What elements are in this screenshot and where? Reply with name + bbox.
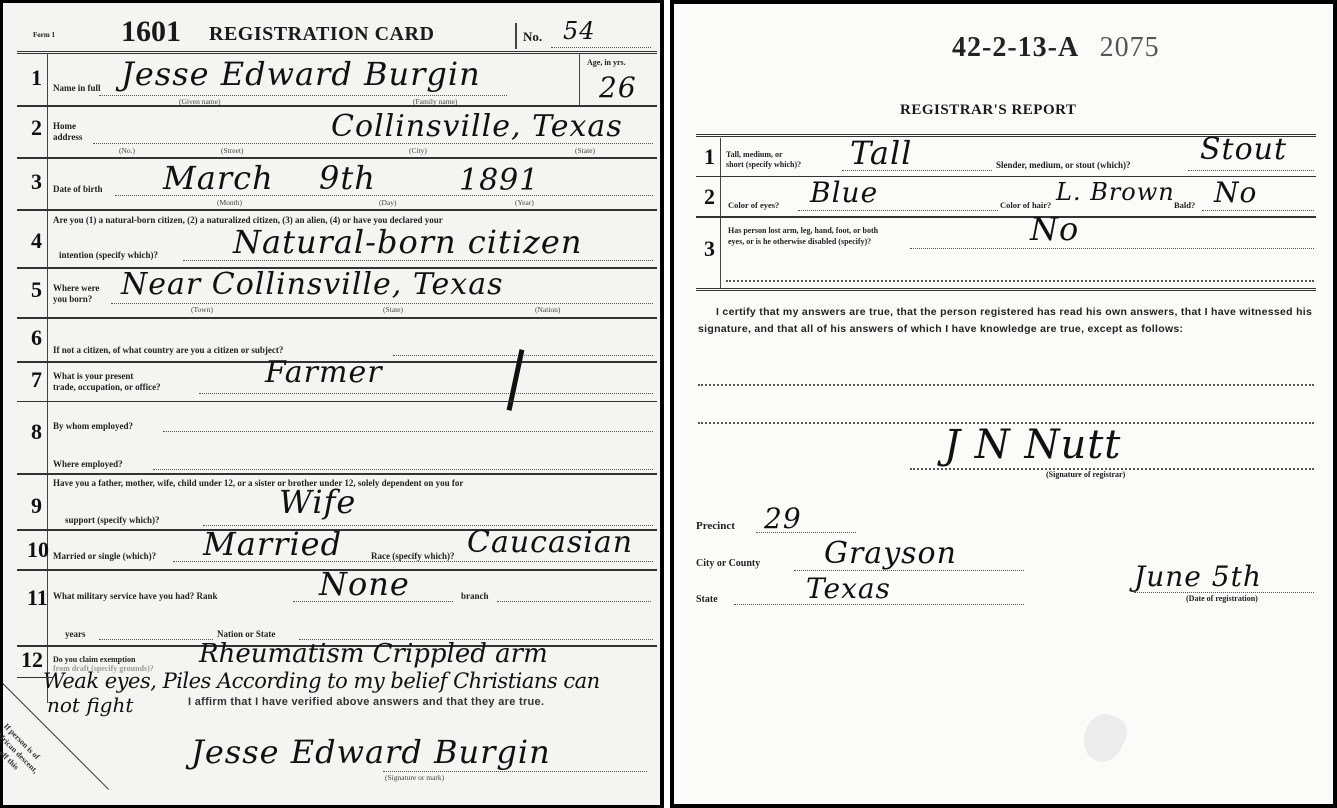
birth-month: March: [163, 159, 274, 197]
county: Grayson: [824, 536, 957, 571]
report-title: REGISTRAR'S REPORT: [900, 102, 1076, 119]
certification-text: I certify that my answers are true, that…: [698, 304, 1318, 338]
height: Tall: [850, 134, 912, 172]
birth-day: 9th: [319, 159, 376, 197]
county-label: City or County: [696, 558, 760, 569]
home-address: Collinsville, Texas: [331, 109, 623, 144]
occupation: Farmer: [265, 355, 383, 390]
header-divider: [515, 23, 517, 49]
card-title: REGISTRATION CARD: [209, 23, 434, 46]
marital-status: Married: [203, 525, 342, 563]
card-number: 54: [563, 17, 596, 45]
dependent: Wife: [279, 483, 356, 521]
age: 26: [599, 71, 637, 104]
bald: No: [1214, 176, 1257, 209]
exemption-claim-line3: not fight: [47, 693, 133, 717]
no-label: No.: [523, 29, 542, 45]
exemption-claim-line2: Weak eyes, Piles According to my belief …: [43, 669, 600, 693]
faint-stamp: [1076, 708, 1133, 768]
citizenship: Natural-born citizen: [233, 223, 582, 261]
birthplace: Near Collinsville, Texas: [121, 267, 503, 302]
precinct-label: Precinct: [696, 520, 735, 532]
registration-card: Form 1 1601 REGISTRATION CARD No. 54 1 N…: [0, 0, 664, 808]
registrar-signature: J N Nutt: [944, 422, 1121, 468]
exemption-claim-line1: Rheumatism Crippled arm: [199, 639, 548, 669]
full-name: Jesse Edward Burgin: [121, 55, 481, 93]
registration-date: June 5th: [1134, 560, 1262, 593]
form-number: 1601: [121, 15, 181, 49]
precinct: 29: [764, 502, 802, 535]
state: Texas: [806, 572, 891, 605]
eye-color: Blue: [810, 176, 878, 209]
hair-color: L. Brown: [1056, 178, 1175, 206]
disability: No: [1030, 210, 1079, 248]
corner-notice: If person is of African descent, tear of…: [0, 721, 48, 791]
race: Caucasian: [467, 525, 633, 560]
build: Stout: [1200, 132, 1287, 167]
registrant-signature: Jesse Edward Burgin: [191, 733, 551, 771]
state-label: State: [696, 594, 718, 605]
form-tag: Form 1: [33, 31, 55, 39]
name-label: Name in full: [53, 83, 101, 93]
registrars-report: 42-2-13-A 2075 REGISTRAR'S REPORT 1 Tall…: [670, 0, 1337, 808]
birth-year: 1891: [459, 163, 539, 198]
affirmation: I affirm that I have verified above answ…: [188, 696, 544, 708]
military-rank: None: [319, 565, 410, 603]
serial-number: 42-2-13-A 2075: [952, 32, 1160, 64]
